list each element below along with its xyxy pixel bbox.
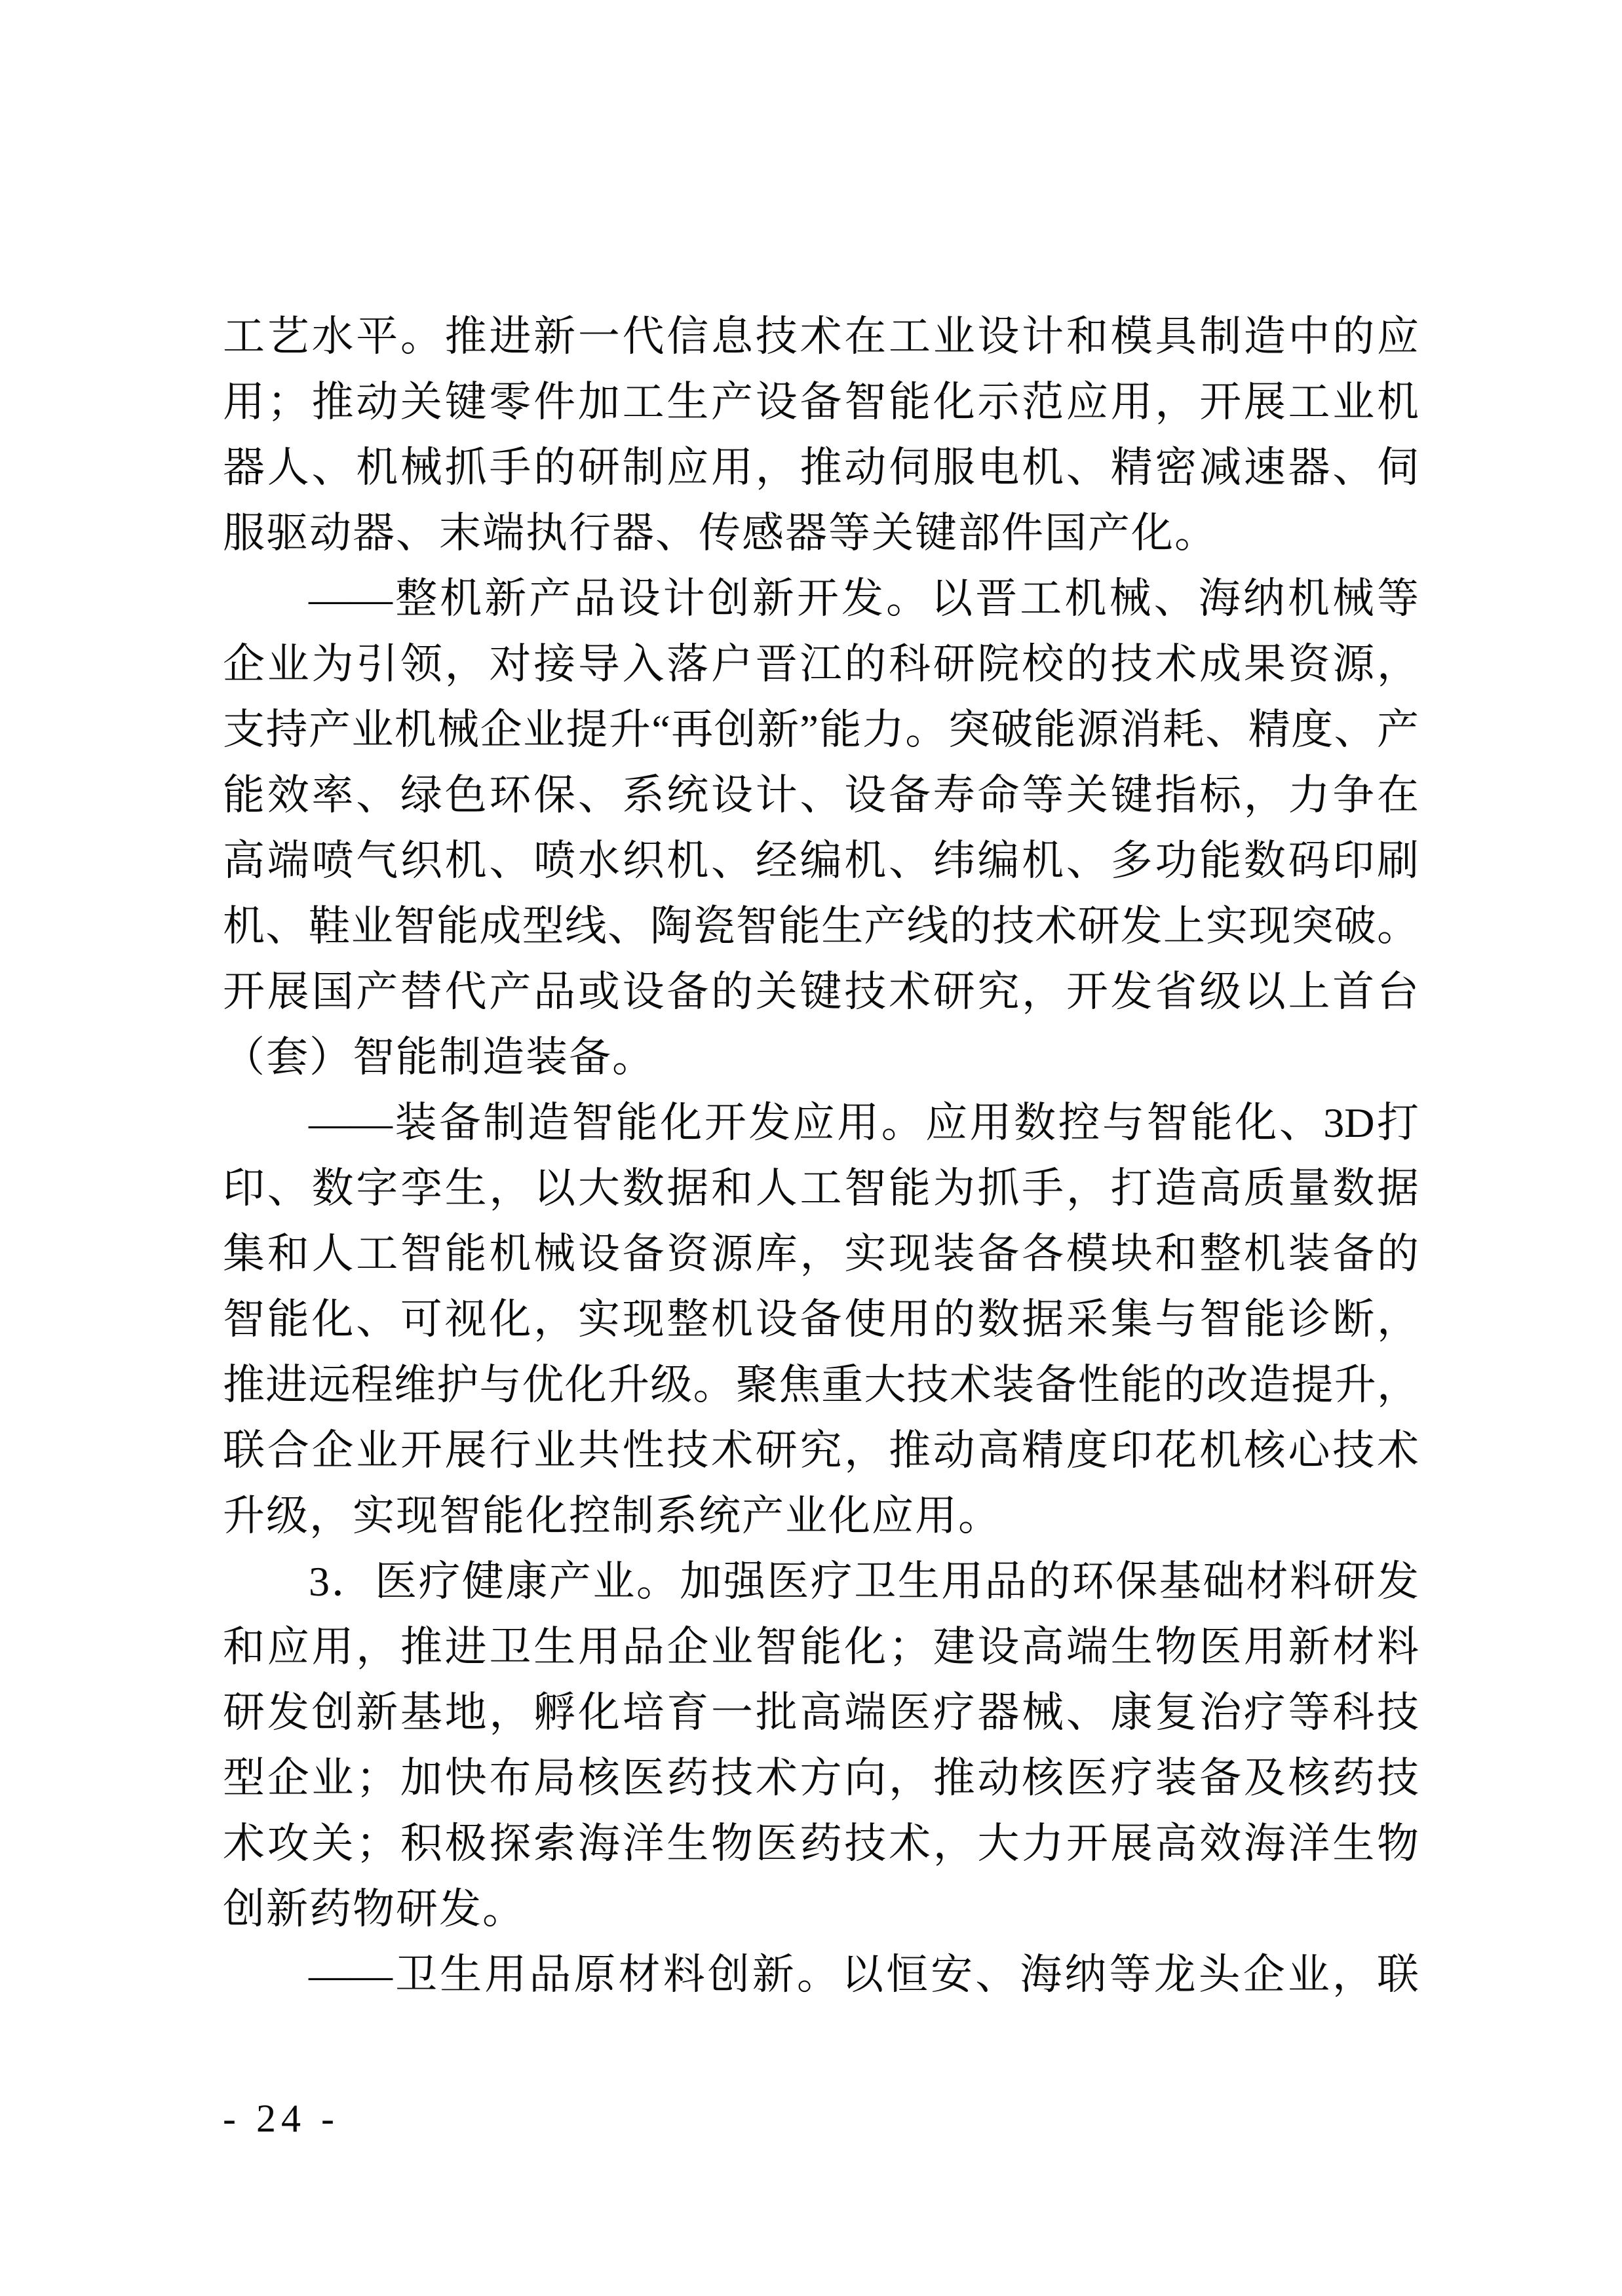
text-line: 推进远程维护与优化升级。聚焦重大技术装备性能的改造提升， xyxy=(223,1352,1419,1418)
text-line: ——卫生用品原材料创新。以恒安、海纳等龙头企业，联 xyxy=(223,1942,1419,2008)
text-line: 集和人工智能机械设备资源库，实现装备各模块和整机装备的 xyxy=(223,1221,1419,1287)
text-line: 用；推动关键零件加工生产设备智能化示范应用，开展工业机 xyxy=(223,370,1419,435)
text-line: ——整机新产品设计创新开发。以晋工机械、海纳机械等 xyxy=(223,566,1419,632)
text-line: 开展国产替代产品或设备的关键技术研究，开发省级以上首台 xyxy=(223,959,1419,1025)
text-line: 智能化、可视化，实现整机设备使用的数据采集与智能诊断， xyxy=(223,1287,1419,1352)
text-line: 能效率、绿色环保、系统设计、设备寿命等关键指标，力争在 xyxy=(223,763,1419,828)
document-page: 工艺水平。推进新一代信息技术在工业设计和模具制造中的应用；推动关键零件加工生产设… xyxy=(0,0,1622,2296)
page-number: - 24 - xyxy=(223,2098,339,2139)
text-line: 和应用，推进卫生用品企业智能化；建设高端生物医用新材料 xyxy=(223,1615,1419,1680)
text-line: 服驱动器、末端执行器、传感器等关键部件国产化。 xyxy=(223,501,1419,566)
text-line: 高端喷气织机、喷水织机、经编机、纬编机、多功能数码印刷 xyxy=(223,828,1419,894)
text-line: 研发创新基地，孵化培育一批高端医疗器械、康复治疗等科技 xyxy=(223,1680,1419,1746)
text-line: 支持产业机械企业提升“再创新”能力。突破能源消耗、精度、产 xyxy=(223,697,1419,763)
text-line: 创新药物研发。 xyxy=(223,1877,1419,1942)
text-line: ——装备制造智能化开发应用。应用数控与智能化、3D打 xyxy=(223,1090,1419,1156)
text-line: 联合企业开展行业共性技术研究，推动高精度印花机核心技术 xyxy=(223,1418,1419,1483)
text-line: 型企业；加快布局核医药技术方向，推动核医疗装备及核药技 xyxy=(223,1746,1419,1811)
text-line: 工艺水平。推进新一代信息技术在工业设计和模具制造中的应 xyxy=(223,304,1419,370)
text-line: 机、鞋业智能成型线、陶瓷智能生产线的技术研发上实现突破。 xyxy=(223,894,1419,959)
text-line: 3．医疗健康产业。加强医疗卫生用品的环保基础材料研发 xyxy=(223,1549,1419,1615)
text-line: （套）智能制造装备。 xyxy=(223,1025,1419,1090)
text-body: 工艺水平。推进新一代信息技术在工业设计和模具制造中的应用；推动关键零件加工生产设… xyxy=(223,304,1419,2008)
text-line: 器人、机械抓手的研制应用，推动伺服电机、精密减速器、伺 xyxy=(223,435,1419,501)
text-line: 升级，实现智能化控制系统产业化应用。 xyxy=(223,1483,1419,1549)
text-line: 企业为引领，对接导入落户晋江的科研院校的技术成果资源， xyxy=(223,632,1419,697)
text-line: 印、数字孪生，以大数据和人工智能为抓手，打造高质量数据 xyxy=(223,1156,1419,1221)
text-line: 术攻关；积极探索海洋生物医药技术，大力开展高效海洋生物 xyxy=(223,1811,1419,1877)
